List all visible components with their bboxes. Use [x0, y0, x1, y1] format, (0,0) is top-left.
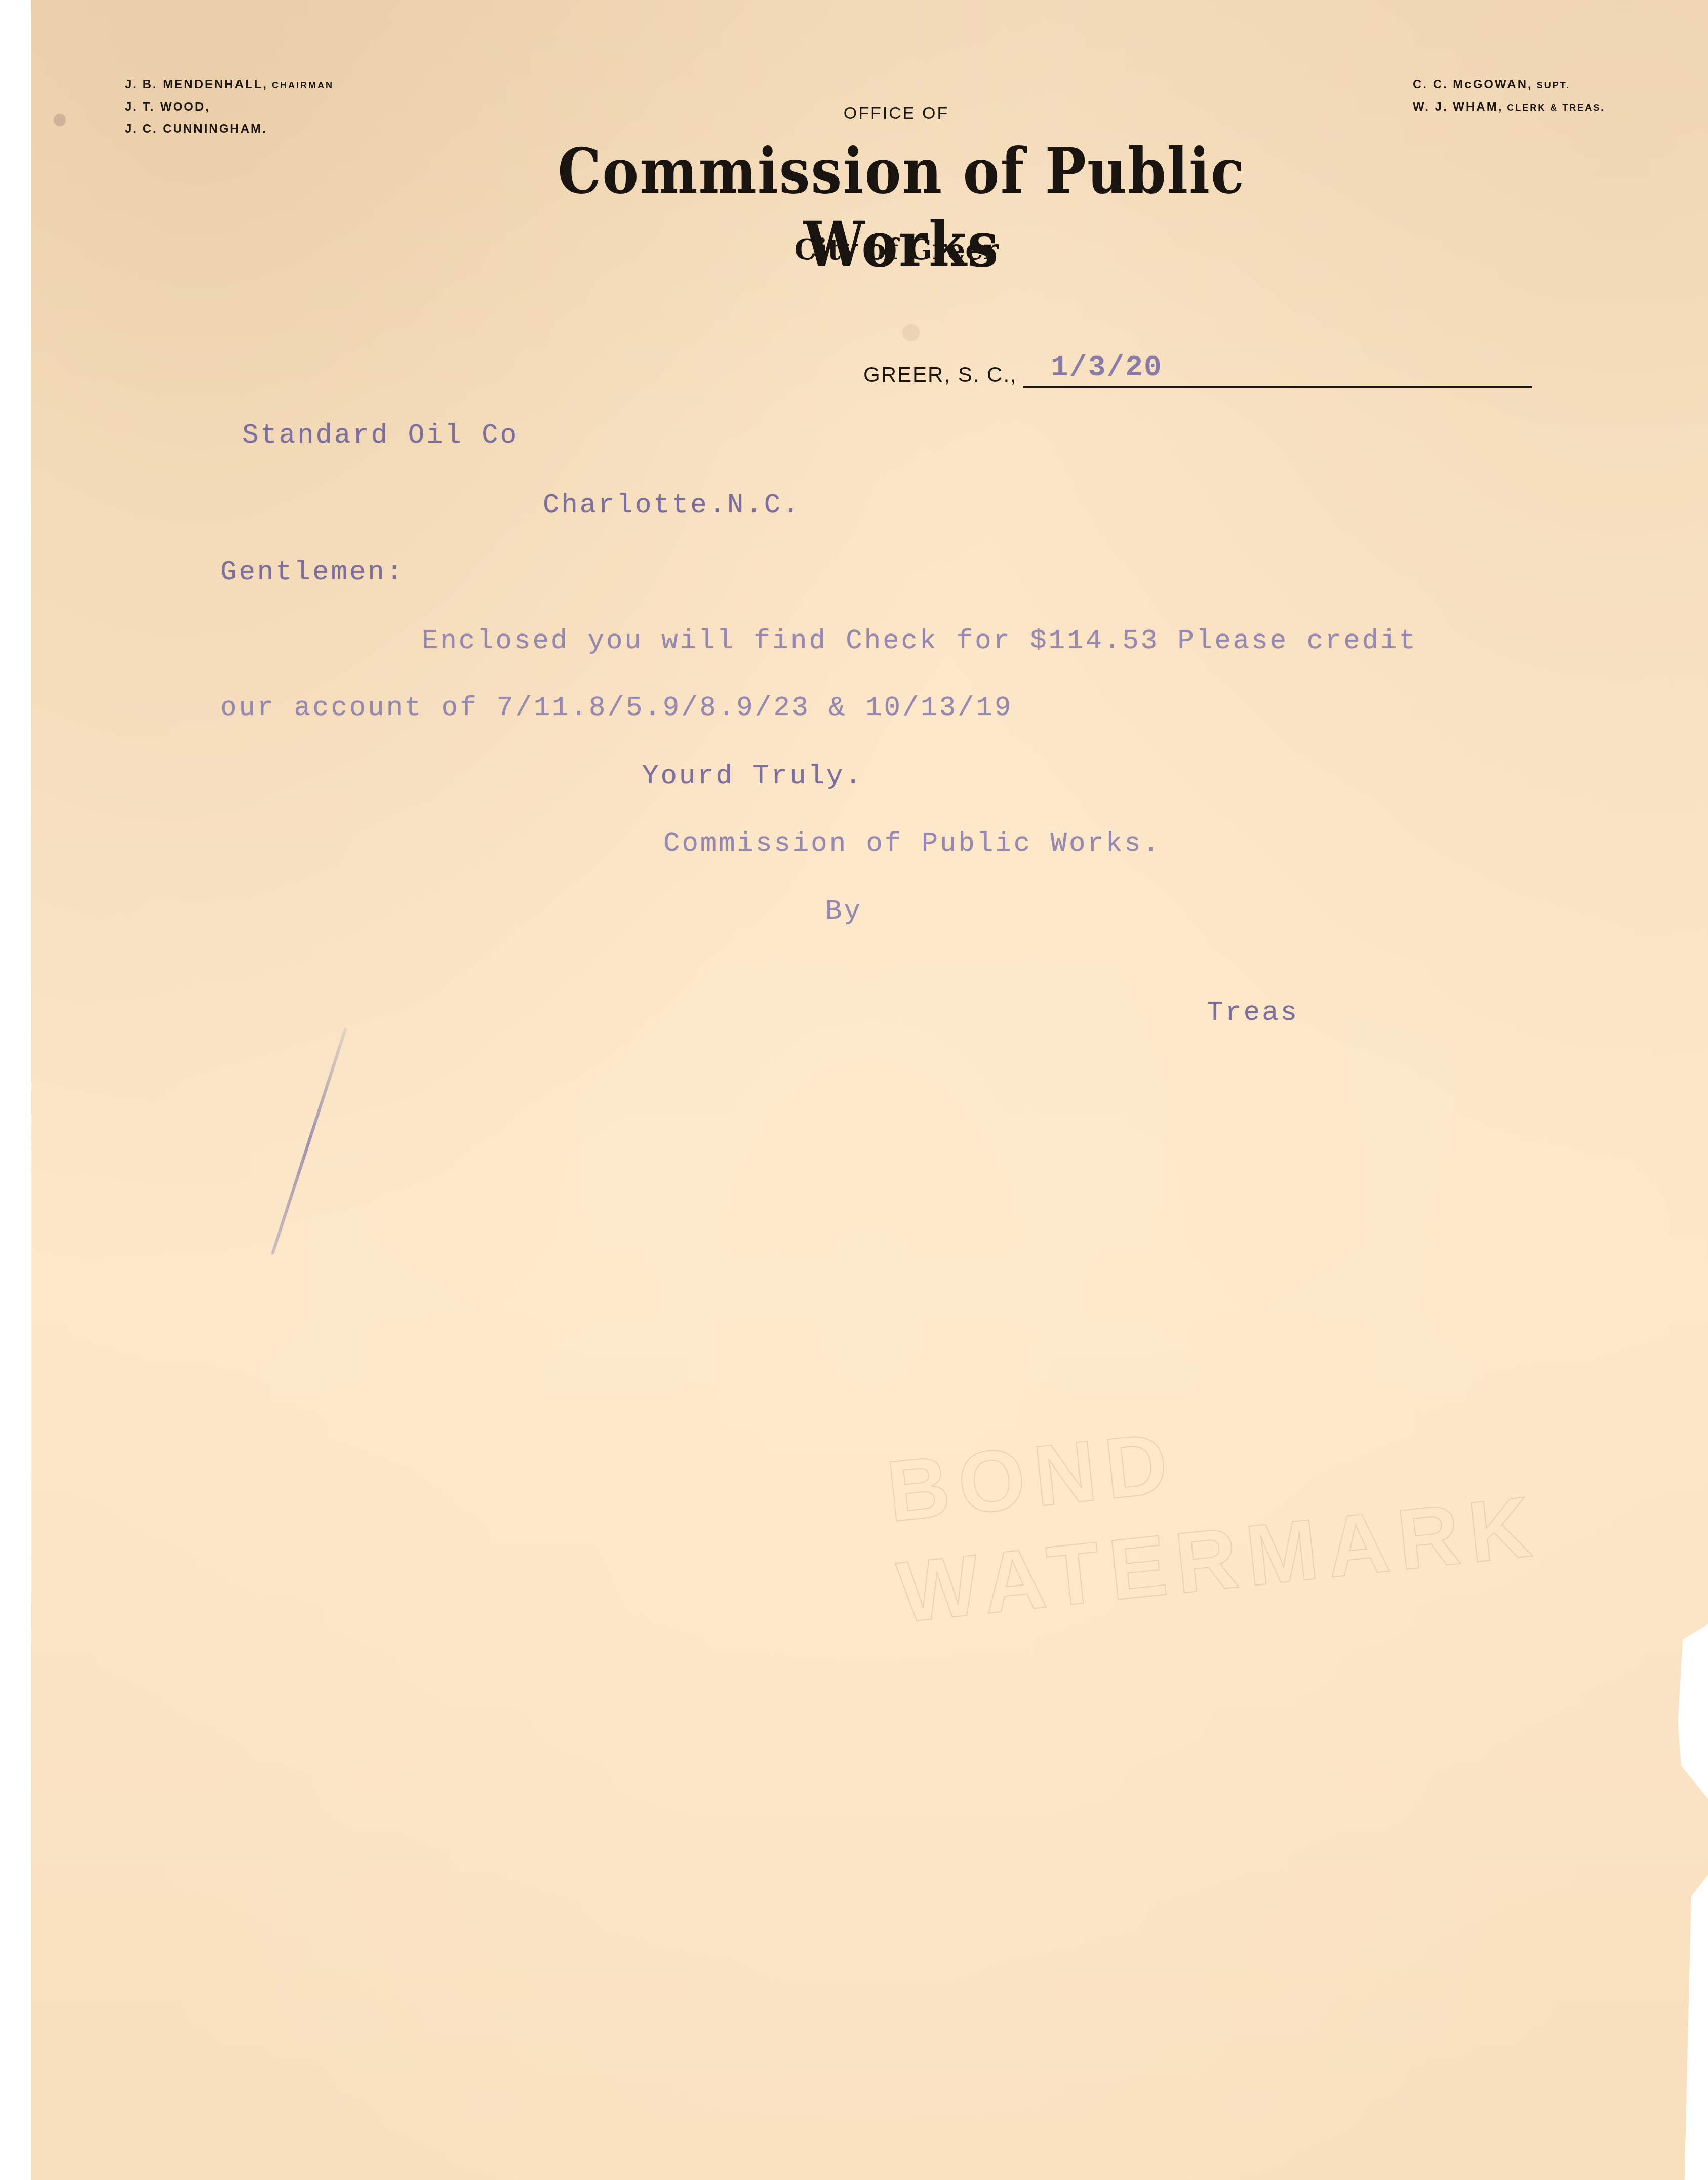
officer-title: CHAIRMAN: [272, 80, 334, 90]
letterhead-officers-right: C. C. McGOWAN,SUPT. W. J. WHAM,CLERK & T…: [1413, 73, 1605, 119]
officer-name: C. C. McGOWAN,: [1413, 77, 1533, 91]
date-value: 1/3/20: [1051, 351, 1163, 384]
office-of-label: OFFICE OF: [782, 104, 1010, 124]
closing: Yourd Truly.: [642, 761, 863, 792]
officer-line: J. T. WOOD,: [125, 96, 334, 118]
date-place-label: GREER, S. C.,: [863, 363, 1017, 387]
officer-line: J. C. CUNNINGHAM.: [125, 118, 334, 140]
date-underline: [1023, 386, 1532, 388]
salutation: Gentlemen:: [220, 557, 405, 588]
officer-name: J. T. WOOD,: [125, 100, 210, 114]
date-line: GREER, S. C., 1/3/20: [863, 354, 1532, 390]
by-label: By: [825, 896, 862, 927]
letter-paper: [31, 0, 1708, 2180]
officer-line: W. J. WHAM,CLERK & TREAS.: [1413, 96, 1605, 119]
recipient-name: Standard Oil Co: [242, 420, 519, 451]
letterhead-officers-left: J. B. MENDENHALL,CHAIRMAN J. T. WOOD, J.…: [125, 73, 334, 140]
letterhead-subtitle: City of Greer: [734, 233, 1058, 266]
recipient-city: Charlotte.N.C.: [543, 490, 801, 521]
signature-organization: Commission of Public Works.: [663, 828, 1161, 859]
officer-line: J. B. MENDENHALL,CHAIRMAN: [125, 73, 334, 96]
paper-stain: [54, 114, 66, 126]
signer-title: Treas: [1207, 998, 1299, 1028]
officer-name: J. C. CUNNINGHAM.: [125, 122, 267, 136]
body-line-2: our account of 7/11.8/5.9/8.9/23 & 10/13…: [220, 693, 1013, 724]
officer-name: J. B. MENDENHALL,: [125, 77, 268, 91]
officer-title: CLERK & TREAS.: [1507, 103, 1605, 113]
officer-title: SUPT.: [1537, 80, 1570, 90]
officer-line: C. C. McGOWAN,SUPT.: [1413, 73, 1605, 96]
paper-stain: [902, 324, 920, 341]
body-line-1: Enclosed you will find Check for $114.53…: [422, 626, 1417, 657]
officer-name: W. J. WHAM,: [1413, 100, 1503, 114]
